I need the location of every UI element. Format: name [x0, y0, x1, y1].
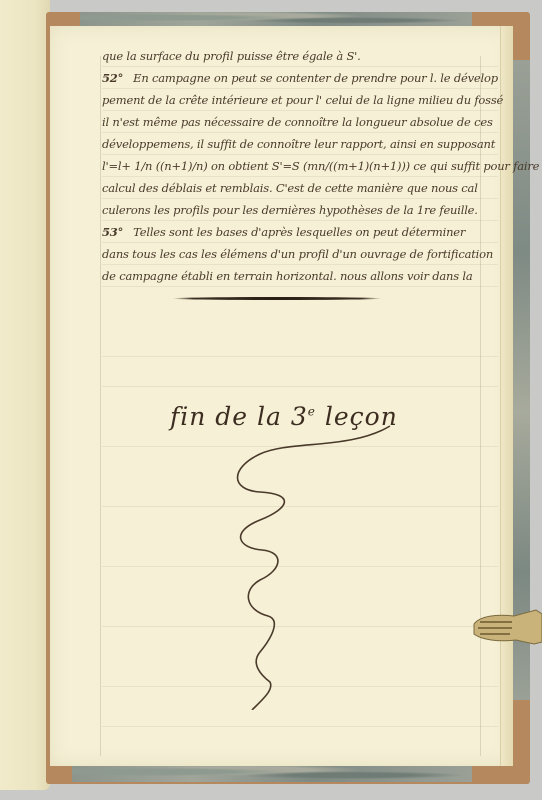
text-line-1: que la surface du profil puisse être éga…: [102, 49, 361, 63]
text-line-3: pement de la crête intérieure et pour l'…: [102, 93, 503, 107]
text-line-6-formula: l'=l+ 1/n ((n+1)/n) on obtient S'=S (mn/…: [102, 159, 542, 173]
marbled-paper-bottom: [72, 765, 472, 782]
text: Telles sont les bases d'après lesquelles…: [133, 225, 465, 239]
manuscript-scene: que la surface du profil puisse être éga…: [0, 0, 542, 800]
text-line-2: 52°En campagne on peut se contenter de p…: [102, 71, 498, 85]
text-line-11: de campagne établi en terrain horizontal…: [102, 269, 473, 283]
brass-hand-clasp: [466, 598, 542, 654]
ornamental-divider: [172, 297, 382, 300]
page-block-edge: [500, 26, 513, 766]
text-line-8: culerons les profils pour les dernières …: [102, 203, 478, 217]
text: En campagne on peut se contenter de pren…: [133, 71, 498, 85]
calligraphic-flourish: [200, 420, 400, 710]
section-number: 53°: [102, 225, 123, 239]
text-line-4: il n'est même pas nécessaire de connoîtr…: [102, 115, 493, 129]
closing-sup: e: [308, 405, 316, 419]
text-line-5: développemens, il suffit de connoître le…: [102, 137, 495, 151]
facing-page-edge: [0, 0, 50, 790]
marbled-paper-top: [80, 12, 472, 26]
text-line-10: dans tous les cas les élémens d'un profi…: [102, 247, 493, 261]
text-line-9: 53°Telles sont les bases d'après lesquel…: [102, 225, 465, 239]
section-number: 52°: [102, 71, 123, 85]
text-line-7: calcul des déblais et remblais. C'est de…: [102, 181, 478, 195]
